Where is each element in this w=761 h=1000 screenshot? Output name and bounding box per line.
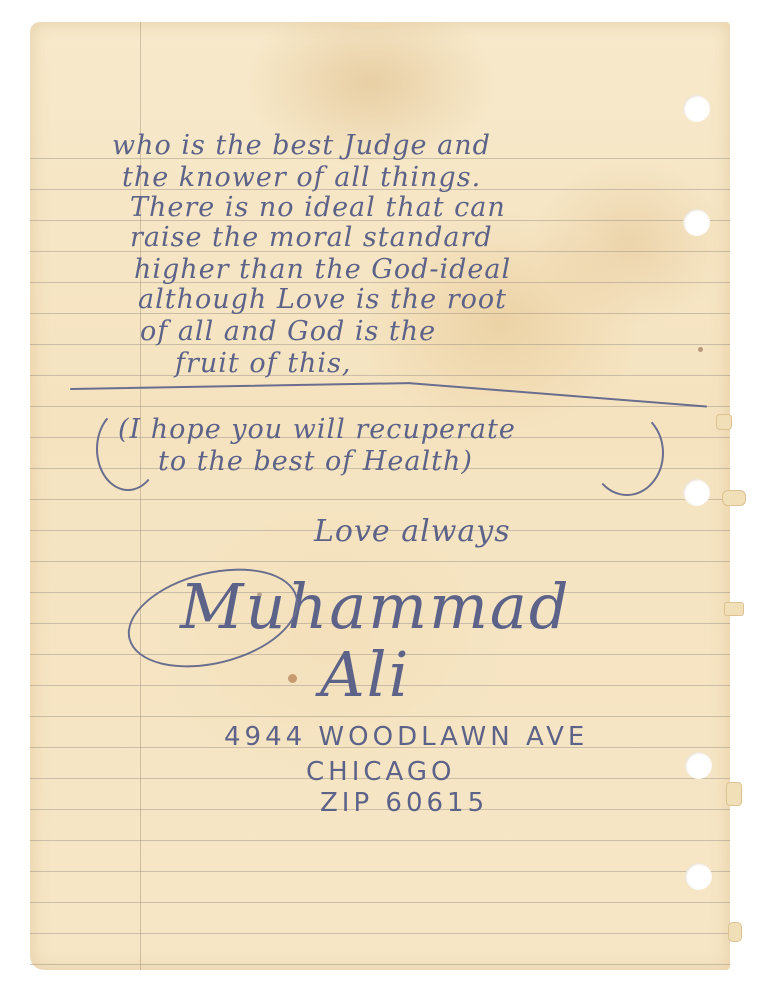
divider-stroke (70, 382, 410, 390)
binder-hole (683, 95, 710, 122)
divider-stroke (408, 382, 707, 408)
binder-hole (685, 863, 712, 890)
postscript-line: (I hope you will recuperate (118, 414, 516, 445)
ruled-line (30, 964, 730, 965)
ruled-line (30, 561, 730, 562)
signature-last-name: Ali (320, 638, 410, 711)
binder-hole (683, 209, 710, 236)
stain-spot (698, 347, 703, 352)
closing: Love always (314, 514, 511, 549)
torn-edge (724, 602, 744, 616)
torn-edge (728, 922, 742, 942)
postscript-line: to the best of Health) (158, 446, 473, 477)
letter-line: higher than the God-ideal (134, 254, 511, 285)
address-city: CHICAGO (306, 757, 455, 787)
close-paren-stroke (590, 410, 664, 496)
ruled-line (30, 499, 730, 500)
ruled-line (30, 871, 730, 872)
notebook-paper: who is the best Judge and the knower of … (30, 22, 730, 970)
letter-line: There is no ideal that can (130, 192, 506, 223)
ruled-line (30, 406, 730, 407)
torn-edge (726, 782, 742, 806)
stain-spot (288, 674, 297, 683)
address-street: 4944 WOODLAWN AVE (224, 722, 588, 752)
torn-edge (716, 414, 732, 430)
ruled-line (30, 902, 730, 903)
ruled-line (30, 933, 730, 934)
letter-line: raise the moral standard (130, 222, 493, 253)
letter-line: although Love is the root (138, 284, 507, 315)
ruled-line (30, 716, 730, 717)
binder-hole (685, 752, 712, 779)
address-zip: ZIP 60615 (320, 788, 488, 818)
letter-line: who is the best Judge and (112, 130, 491, 161)
letter-line: of all and God is the (140, 316, 436, 347)
torn-edge (722, 490, 746, 506)
binder-hole (683, 479, 710, 506)
ruled-line (30, 375, 730, 376)
ruled-line (30, 840, 730, 841)
letter-line: fruit of this, (175, 348, 352, 379)
letter-line: the knower of all things. (122, 162, 481, 193)
